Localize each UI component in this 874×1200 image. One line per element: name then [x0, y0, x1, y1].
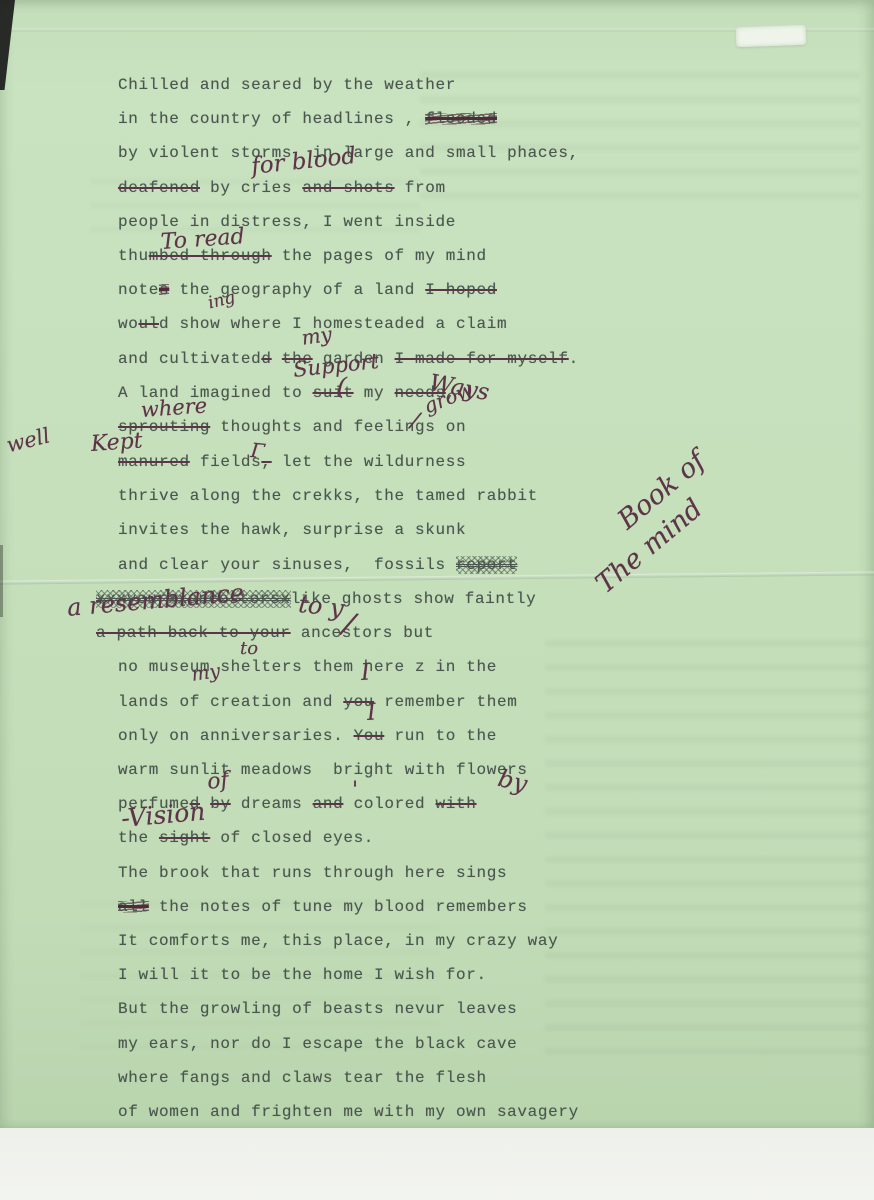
handwritten-note: Γ	[249, 438, 265, 463]
typed-segment-struck: by	[210, 795, 230, 813]
handwritten-note: a resemblance	[66, 579, 245, 622]
typed-segment: wo	[118, 315, 138, 333]
typed-segment: thrive along the crekks, the tamed rabbi…	[118, 487, 538, 505]
typed-segment: invites the hawk, surprise a skunk	[118, 521, 466, 539]
typed-segment-struck: suit	[313, 384, 354, 402]
handwritten-note: of	[206, 768, 230, 795]
poem-line: warm sunlit meadows bright with flowers	[118, 759, 528, 781]
typed-segment: lands of creation and	[118, 693, 343, 711]
poem-line: The brook that runs through here sings	[118, 862, 507, 884]
typed-segment: by cries	[200, 179, 302, 197]
scan-edge-artifact	[0, 545, 3, 617]
handwritten-note: where	[140, 393, 208, 422]
typed-segment-struck: with	[436, 795, 477, 813]
typed-segment: It comforts me, this place, in my crazy …	[118, 932, 558, 950]
typed-segment: and clear your sinuses, fossils	[118, 556, 456, 574]
typed-segment: thu	[118, 247, 149, 265]
typed-segment-struck: and	[313, 795, 344, 813]
typed-segment: the pages of my mind	[272, 247, 487, 265]
poem-line: lands of creation and you remember them	[118, 691, 517, 713]
typed-segment: .	[569, 350, 579, 368]
typed-segment: remember them	[374, 693, 517, 711]
poem-line: thrive along the crekks, the tamed rabbi…	[118, 485, 538, 507]
handwritten-note: I	[360, 659, 371, 686]
handwritten-note: Kept	[90, 428, 143, 457]
typed-segment: the notes of tune my blood remembers	[149, 898, 528, 916]
poem-line: invites the hawk, surprise a skunk	[118, 519, 466, 541]
handwritten-note: my	[190, 660, 222, 686]
poem-line: only on anniversaries. You run to the	[118, 725, 497, 747]
typed-segment: people in distress, I went inside	[118, 213, 456, 231]
poem-line: Chilled and seared by the weather	[118, 74, 456, 96]
typed-segment: Chilled and seared by the weather	[118, 76, 456, 94]
poem-line: my ears, nor do I escape the black cave	[118, 1033, 517, 1055]
handwritten-note: '	[352, 778, 358, 803]
handwritten-note: my	[300, 322, 333, 350]
typed-segment-struck: a path back to your	[96, 624, 291, 642]
typed-segment-xout: report	[456, 556, 517, 574]
typed-segment: where fangs and claws tear the flesh	[118, 1069, 487, 1087]
typed-segment: my ears, nor do I escape the black cave	[118, 1035, 517, 1053]
typed-segment: of women and frighten me with my own sav…	[118, 1103, 579, 1121]
scanner-background	[0, 1128, 874, 1200]
typed-segment: of closed eyes.	[210, 829, 374, 847]
typed-segment-scribble: all	[118, 898, 149, 916]
typed-segment-struck: You	[354, 727, 385, 745]
typed-segment: let the wildurness	[272, 453, 467, 471]
poem-line: all the notes of tune my blood remembers	[118, 896, 528, 918]
typed-segment: no museum shelters them here z in the	[118, 658, 497, 676]
typed-segment: dreams	[231, 795, 313, 813]
handwritten-note: to	[240, 638, 258, 659]
green-paper-sheet: Chilled and seared by the weatherin the …	[0, 0, 874, 1128]
typed-segment: note	[118, 281, 159, 299]
poem-line: notes the geography of a land I hoped	[118, 279, 497, 301]
handwritten-note: well	[4, 423, 52, 457]
handwritten-note: by	[495, 764, 530, 798]
typed-segment: run to the	[384, 727, 497, 745]
typed-segment: and cultivated	[118, 350, 261, 368]
typed-segment: d show where I homesteaded a claim	[159, 315, 507, 333]
typed-segment: The brook that runs through here sings	[118, 864, 507, 882]
poem-line: and clear your sinuses, fossils report	[118, 554, 517, 576]
typed-segment-struck: d	[261, 350, 271, 368]
typed-segment-struck: manured	[118, 453, 190, 471]
bleed-through-texture	[545, 640, 870, 1070]
typed-segment-struck: and shots	[302, 179, 394, 197]
typed-segment-scribble: s	[159, 281, 169, 299]
poem-line: deafened by cries and shots from	[118, 177, 446, 199]
typed-segment: But the growling of beasts nevur leaves	[118, 1000, 517, 1018]
typed-segment	[272, 350, 282, 368]
typed-segment: in the country of headlines ,	[118, 110, 425, 128]
typed-segment: only on anniversaries.	[118, 727, 354, 745]
poem-line: a path back to your ancestors but	[96, 622, 434, 644]
poem-line: But the growling of beasts nevur leaves	[118, 998, 517, 1020]
handwritten-note: (	[336, 372, 347, 401]
typed-segment-struck: I made for myself	[395, 350, 569, 368]
poem-line: the sight of closed eyes.	[118, 827, 374, 849]
handwritten-note: to y	[297, 590, 345, 623]
scanned-poem-page: Chilled and seared by the weatherin the …	[0, 0, 874, 1200]
poem-line: I will it to be the home I wish for.	[118, 964, 487, 986]
typed-segment: my	[354, 384, 395, 402]
tape-mark	[736, 25, 807, 47]
poem-line: no museum shelters them here z in the	[118, 656, 497, 678]
typed-segment-struck: sight	[159, 829, 210, 847]
typed-segment: ancestors but	[291, 624, 434, 642]
poem-line: where fangs and claws tear the flesh	[118, 1067, 487, 1089]
poem-line: It comforts me, this place, in my crazy …	[118, 930, 558, 952]
typed-segment-scribble: flooded	[425, 110, 497, 128]
typed-segment-struck: ul	[138, 315, 158, 333]
typed-segment: warm sunlit meadows bright with flowers	[118, 761, 528, 779]
typed-segment-struck: I hoped	[425, 281, 497, 299]
typed-segment: from	[395, 179, 446, 197]
handwritten-note: I	[366, 699, 377, 726]
typed-segment: I will it to be the home I wish for.	[118, 966, 487, 984]
poem-line: of women and frighten me with my own sav…	[118, 1101, 579, 1123]
typed-segment: thoughts and feelings on	[210, 418, 466, 436]
typed-segment-struck: deafened	[118, 179, 200, 197]
poem-line: manured fields, let the wildurness	[118, 451, 466, 473]
poem-line: in the country of headlines , flooded	[118, 108, 497, 130]
